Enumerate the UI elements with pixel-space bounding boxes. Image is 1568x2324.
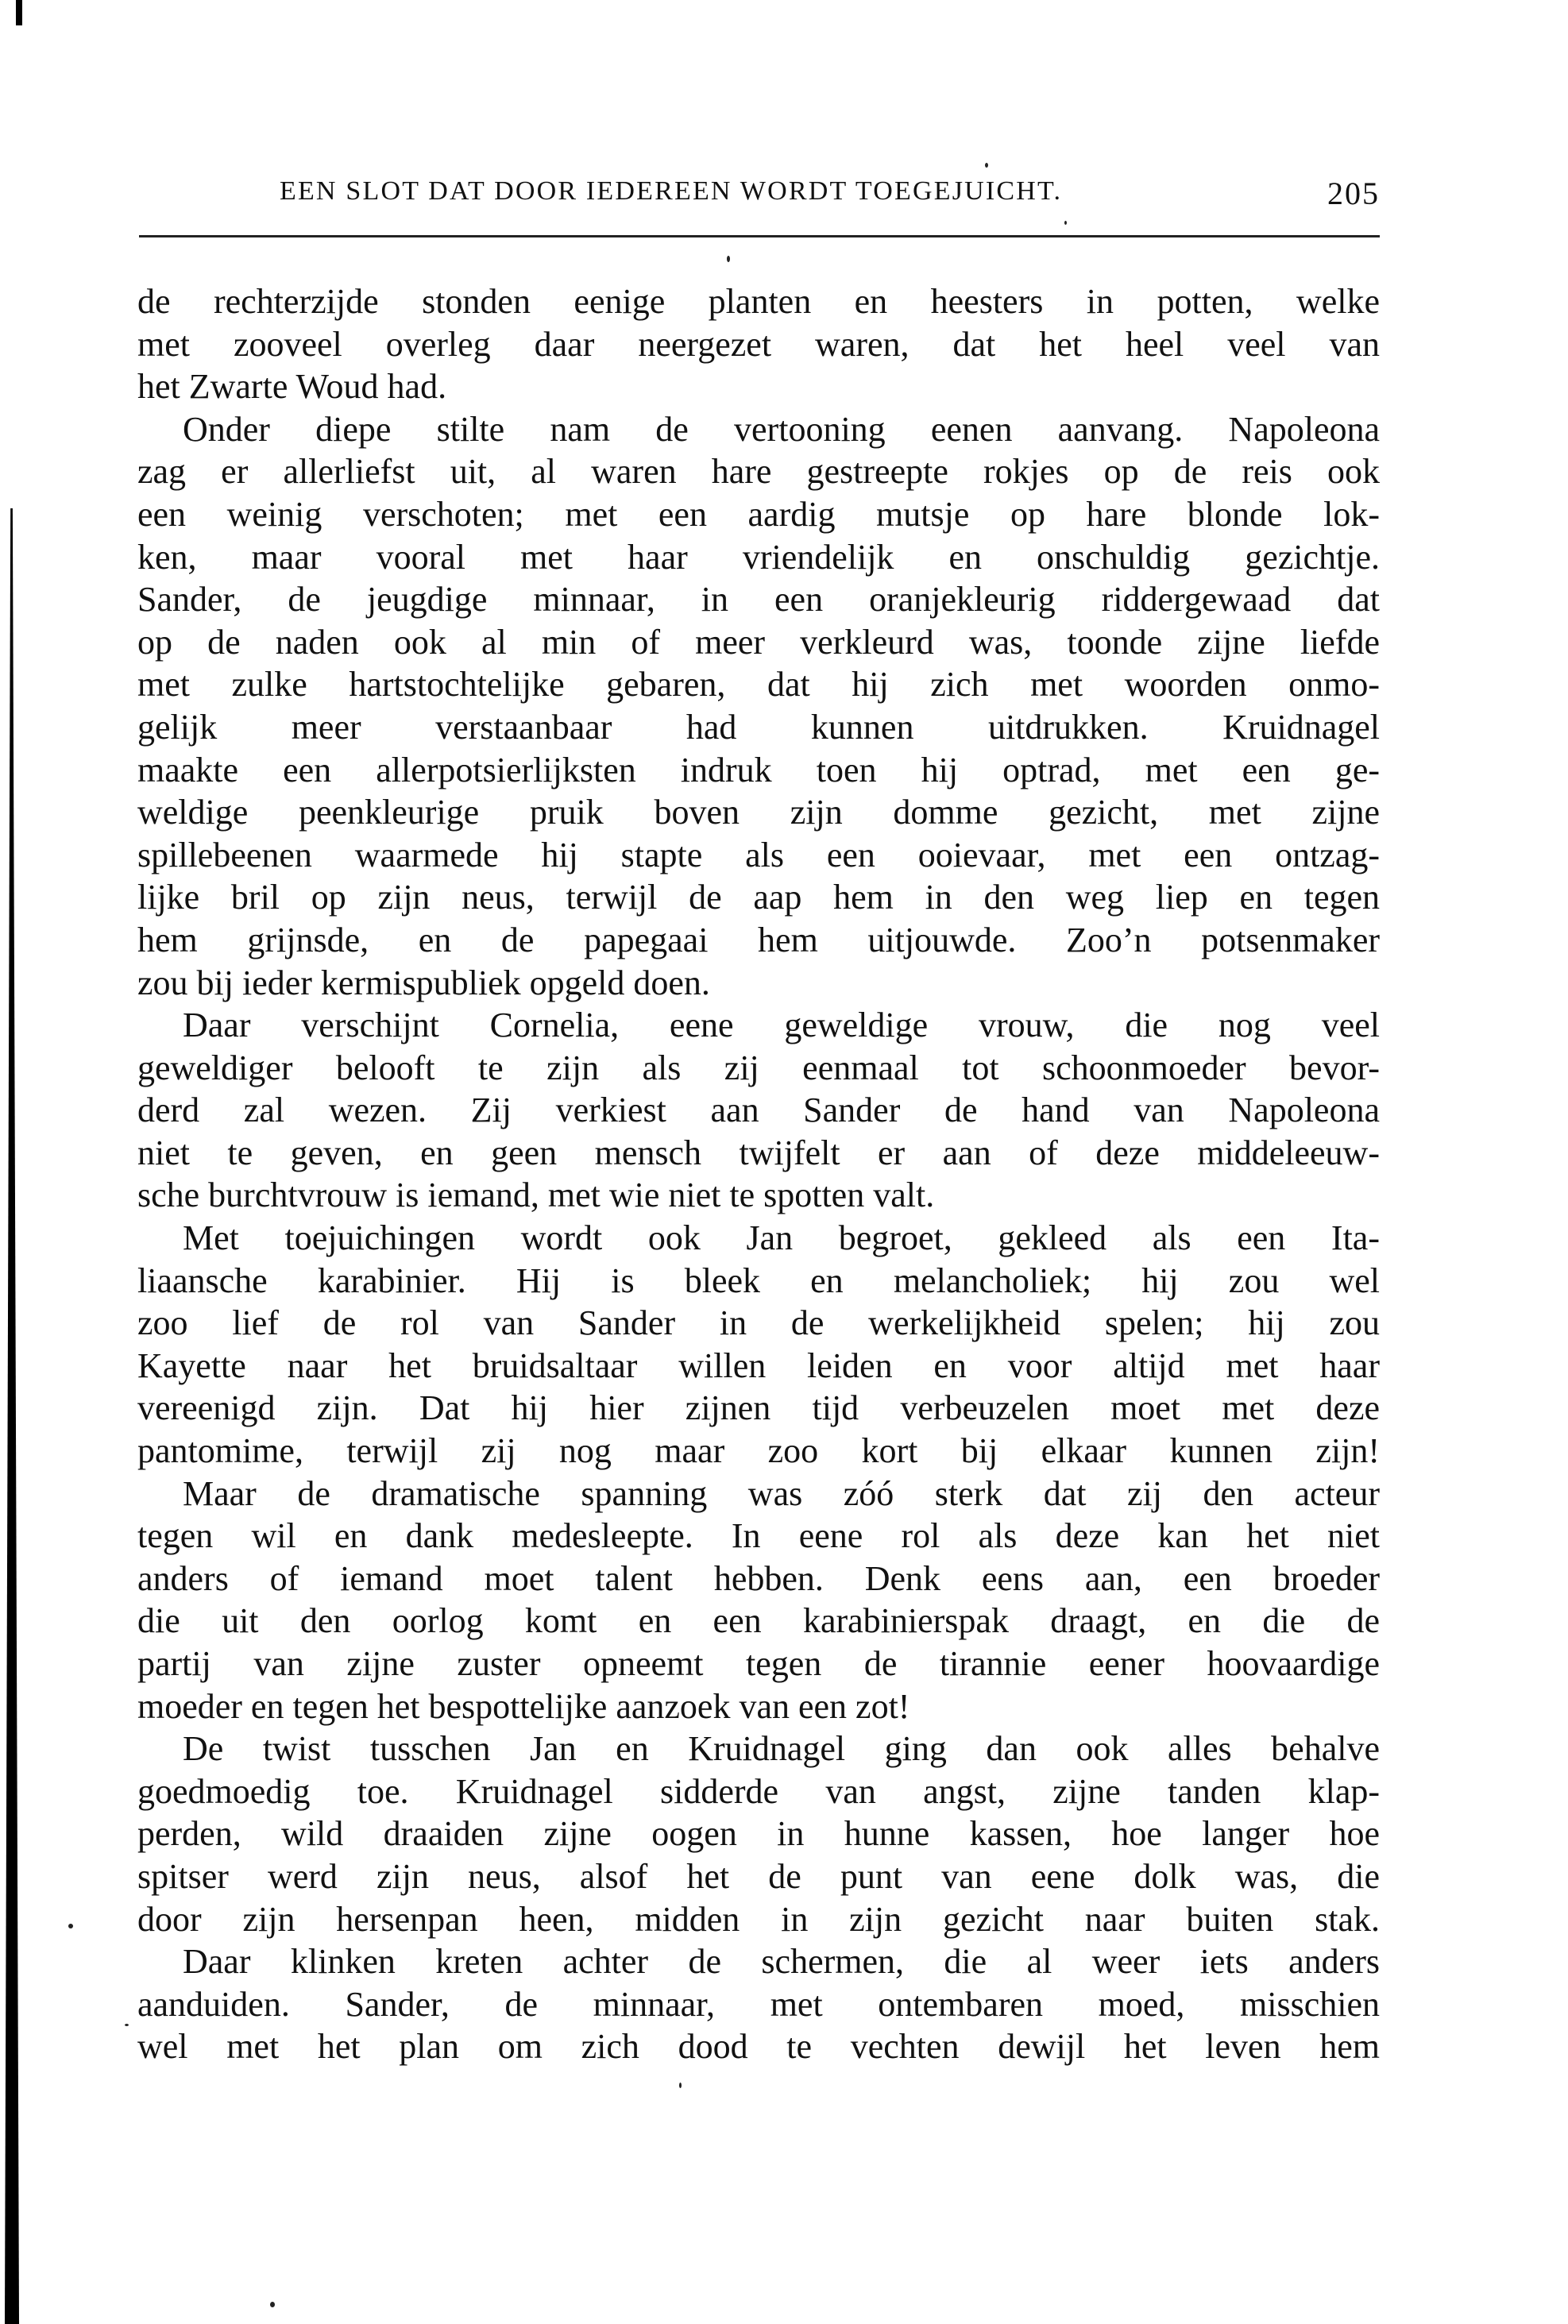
text-line: sche burchtvrouw is iemand, met wie niet… [137,1174,1380,1217]
text-line: weldige peenkleurige pruik boven zijn do… [137,791,1380,834]
scan-speck [727,256,730,262]
scan-speck [679,2083,682,2088]
text-line: maakte een allerpotsierlijksten indruk t… [137,749,1380,792]
text-line: Kayette naar het bruidsaltaar willen lei… [137,1345,1380,1388]
text-line: aanduiden. Sander, de minnaar, met ontem… [137,1983,1380,2026]
binding-edge-top [16,0,22,25]
text-line: De twist tusschen Jan en Kruidnagel ging… [137,1728,1380,1770]
text-line: niet te geven, en geen mensch twijfelt e… [137,1132,1380,1175]
text-line: moeder en tegen het bespottelijke aanzoe… [137,1685,1380,1728]
text-line: een weinig verschoten; met een aardig mu… [137,493,1380,536]
text-line: lijke bril op zijn neus, terwijl de aap … [137,876,1380,919]
text-line: pantomime, terwijl zij nog maar zoo kort… [137,1430,1380,1473]
text-line: zoo lief de rol van Sander in de werkeli… [137,1302,1380,1345]
scan-speck [985,163,988,168]
text-line: zou bij ieder kermispubliek opgeld doen. [137,962,1380,1005]
scan-speck [68,1924,73,1928]
running-title: EEN SLOT DAT DOOR IEDEREEN WORDT TOEGEJU… [280,176,1062,207]
text-line: Maar de dramatische spanning was zóó ste… [137,1473,1380,1515]
text-line: gelijk meer verstaanbaar had kunnen uitd… [137,706,1380,749]
text-line: wel met het plan om zich dood te vechten… [137,2025,1380,2068]
text-line: vereenigd zijn. Dat hij hier zijnen tijd… [137,1387,1380,1430]
text-line: het Zwarte Woud had. [137,365,1380,408]
text-line: met zooveel overleg daar neergezet waren… [137,323,1380,366]
text-line: Sander, de jeugdige minnaar, in een oran… [137,578,1380,621]
page-number: 205 [1327,175,1380,212]
running-header: EEN SLOT DAT DOOR IEDEREEN WORDT TOEGEJU… [280,176,1380,208]
text-line: derd zal wezen. Zij verkiest aan Sander … [137,1089,1380,1132]
text-line: Daar klinken kreten achter de schermen, … [137,1940,1380,1983]
text-line: geweldiger belooft te zijn als zij eenma… [137,1047,1380,1090]
text-line: Daar verschijnt Cornelia, eene geweldige… [137,1004,1380,1047]
text-line: partij van zijne zuster opneemt tegen de… [137,1643,1380,1685]
header-rule [139,235,1380,237]
text-line: die uit den oorlog komt en een karabinie… [137,1600,1380,1643]
text-line: spitser werd zijn neus, alsof het de pun… [137,1855,1380,1898]
text-line: op de naden ook al min of meer verkleurd… [137,621,1380,664]
text-line: liaansche karabinier. Hij is bleek en me… [137,1260,1380,1303]
text-line: zag er allerliefst uit, al waren hare ge… [137,450,1380,493]
text-line: Met toejuichingen wordt ook Jan begroet,… [137,1217,1380,1260]
text-line: hem grijnsde, en de papegaai hem uitjouw… [137,919,1380,962]
scan-speck [270,2302,275,2307]
text-line: goedmoedig toe. Kruidnagel sidderde van … [137,1770,1380,1813]
text-line: perden, wild draaiden zijne oogen in hun… [137,1812,1380,1855]
book-page: EEN SLOT DAT DOOR IEDEREEN WORDT TOEGEJU… [0,0,1568,2324]
text-line: anders of iemand moet talent hebben. Den… [137,1558,1380,1600]
text-line: door zijn hersenpan heen, midden in zijn… [137,1898,1380,1941]
scan-speck [125,2024,129,2026]
text-line: spillebeenen waarmede hij stapte als een… [137,834,1380,877]
body-text: de rechterzijde stonden eenige planten e… [137,280,1380,2068]
binding-edge-shadow [5,508,19,2324]
text-line: tegen wil en dank medesleepte. In eene r… [137,1515,1380,1558]
text-line: met zulke hartstochtelijke gebaren, dat … [137,663,1380,706]
scan-speck [1064,221,1067,225]
text-line: ken, maar vooral met haar vriendelijk en… [137,536,1380,579]
text-line: Onder diepe stilte nam de vertooning een… [137,408,1380,451]
text-line: de rechterzijde stonden eenige planten e… [137,280,1380,323]
